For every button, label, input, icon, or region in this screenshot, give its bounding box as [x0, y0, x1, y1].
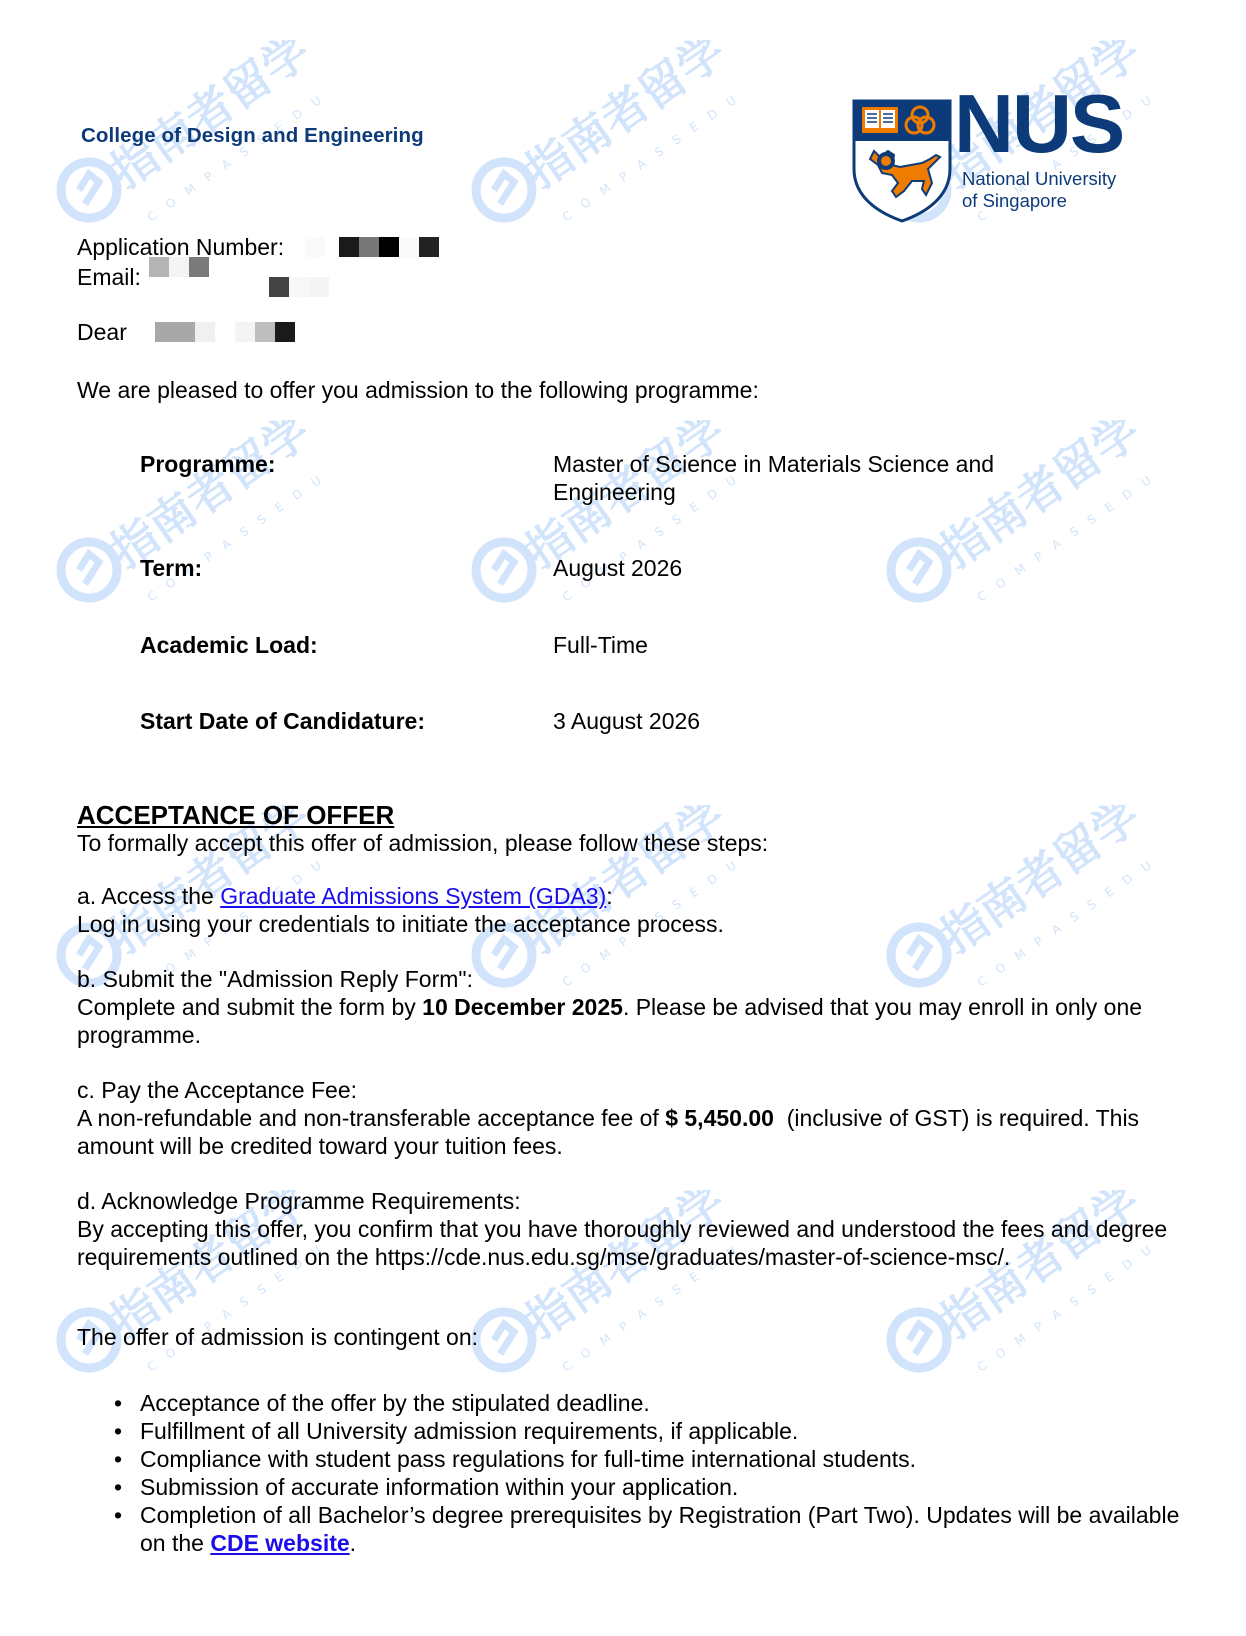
step-c-body: A non-refundable and non-transferable ac…: [77, 1104, 1177, 1160]
nus-wordmark: NUS: [954, 82, 1123, 165]
email-row: Email:: [77, 263, 439, 291]
detail-row-academic-load: Academic Load: Full-Time: [140, 631, 1033, 659]
salutation: Dear: [77, 318, 295, 348]
step-b-heading: b. Submit the "Admission Reply Form":: [77, 965, 1177, 993]
salutation-word: Dear: [77, 319, 127, 345]
detail-value: Full-Time: [553, 631, 1033, 659]
acceptance-fee-amount: $ 5,450.00: [665, 1105, 774, 1131]
step-a-body: Log in using your credentials to initiat…: [77, 910, 1177, 938]
reply-deadline: 10 December 2025: [422, 994, 623, 1020]
nus-logo: NUS National University of Singapore: [852, 96, 1132, 224]
detail-label: Start Date of Candidature:: [140, 707, 553, 735]
detail-value: 3 August 2026: [553, 707, 1033, 735]
step-b-prefix: Complete and submit the form by: [77, 994, 422, 1020]
list-item: Acceptance of the offer by the stipulate…: [108, 1389, 1188, 1417]
detail-label: Programme:: [140, 450, 553, 506]
nus-crest-icon: [852, 99, 952, 223]
step-c-heading: c. Pay the Acceptance Fee:: [77, 1076, 1177, 1104]
contingent-list: Acceptance of the offer by the stipulate…: [108, 1389, 1188, 1557]
intro-text: We are pleased to offer you admission to…: [77, 376, 759, 404]
cde-website-link[interactable]: CDE website: [210, 1530, 349, 1556]
detail-row-programme: Programme: Master of Science in Material…: [140, 450, 1033, 506]
acceptance-heading: ACCEPTANCE OF OFFER: [77, 800, 394, 831]
detail-value: Master of Science in Materials Science a…: [553, 450, 1033, 506]
watermark-logo-icon: 指南者留学C O M P A S S E D U: [470, 40, 740, 240]
list-item: Completion of all Bachelor’s degree prer…: [108, 1501, 1188, 1557]
detail-label: Term:: [140, 554, 553, 582]
list-item: Compliance with student pass regulations…: [108, 1445, 1188, 1473]
step-b: b. Submit the "Admission Reply Form": Co…: [77, 965, 1177, 1049]
step-d-body: By accepting this offer, you confirm tha…: [77, 1215, 1177, 1271]
college-name: College of Design and Engineering: [81, 124, 424, 148]
email-label: Email:: [77, 264, 141, 290]
email-redacted-2: [269, 275, 329, 303]
step-a-suffix: :: [606, 883, 612, 909]
detail-label: Academic Load:: [140, 631, 553, 659]
step-d: d. Acknowledge Programme Requirements: B…: [77, 1187, 1177, 1271]
applicant-info: Application Number: Email:: [77, 233, 439, 291]
svg-text:C O M P A S S E D U: C O M P A S S E D U: [145, 90, 325, 224]
application-number-row: Application Number:: [77, 233, 439, 263]
svg-text:指南者留学: 指南者留学: [100, 40, 319, 199]
contingent-intro: The offer of admission is contingent on:: [77, 1323, 1177, 1351]
last-item-suffix: .: [350, 1530, 356, 1556]
step-a-heading: a. Access the Graduate Admissions System…: [77, 882, 1177, 910]
step-d-heading: d. Acknowledge Programme Requirements:: [77, 1187, 1177, 1215]
name-redacted: [155, 320, 295, 348]
university-name-line1: National University: [962, 168, 1116, 190]
list-item: Fulfillment of all University admission …: [108, 1417, 1188, 1445]
list-item: Submission of accurate information withi…: [108, 1473, 1188, 1501]
step-c: c. Pay the Acceptance Fee: A non-refunda…: [77, 1076, 1177, 1160]
email-redacted: [149, 255, 209, 283]
offer-letter-page: 指南者留学C O M P A S S E D U指南者留学C O M P A S…: [0, 0, 1246, 1636]
detail-row-start-date: Start Date of Candidature: 3 August 2026: [140, 707, 1033, 735]
acceptance-intro: To formally accept this offer of admissi…: [77, 829, 1177, 857]
detail-row-term: Term: August 2026: [140, 554, 1033, 582]
detail-value: August 2026: [553, 554, 1033, 582]
step-c-prefix: A non-refundable and non-transferable ac…: [77, 1105, 665, 1131]
application-number-redacted: [305, 235, 439, 263]
university-name: National University of Singapore: [962, 168, 1116, 212]
step-b-body: Complete and submit the form by 10 Decem…: [77, 993, 1177, 1049]
gda3-link[interactable]: Graduate Admissions System (GDA3): [220, 883, 606, 909]
step-a-prefix: a. Access the: [77, 883, 220, 909]
university-name-line2: of Singapore: [962, 190, 1116, 212]
svg-text:C O M P A S S E D U: C O M P A S S E D U: [560, 90, 740, 224]
svg-text:指南者留学: 指南者留学: [515, 40, 734, 199]
step-a: a. Access the Graduate Admissions System…: [77, 882, 1177, 938]
